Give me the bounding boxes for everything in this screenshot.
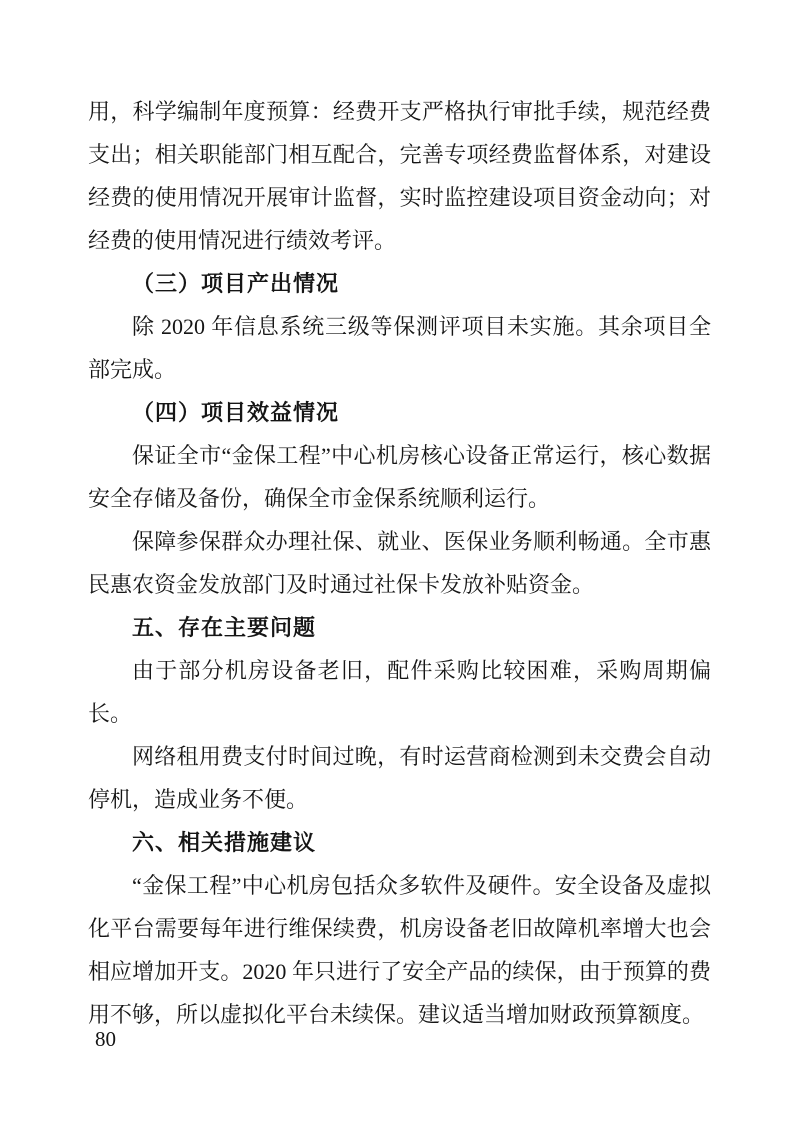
document-body: 用，科学编制年度预算：经费开支严格执行审批手续，规范经费支出；相关职能部门相互配… xyxy=(88,90,711,1036)
paragraph: “金保工程”中心机房包括众多软件及硬件。安全设备及虚拟化平台需要每年进行维保续费… xyxy=(88,864,711,1036)
paragraph: 网络租用费支付时间过晚，有时运营商检测到未交费会自动停机，造成业务不便。 xyxy=(88,735,711,821)
section-heading-project-output: （三）项目产出情况 xyxy=(88,262,711,305)
paragraph: 保证全市“金保工程”中心机房核心设备正常运行，核心数据安全存储及备份，确保全市金… xyxy=(88,434,711,520)
page-number: 80 xyxy=(95,1025,116,1053)
paragraph: 除 2020 年信息系统三级等保测评项目未实施。其余项目全部完成。 xyxy=(88,305,711,391)
paragraph-continued: 用，科学编制年度预算：经费开支严格执行审批手续，规范经费支出；相关职能部门相互配… xyxy=(88,90,711,262)
paragraph: 由于部分机房设备老旧，配件采购比较困难，采购周期偏长。 xyxy=(88,649,711,735)
paragraph: 保障参保群众办理社保、就业、医保业务顺利畅通。全市惠民惠农资金发放部门及时通过社… xyxy=(88,520,711,606)
section-heading-main-problems: 五、存在主要问题 xyxy=(88,606,711,649)
document-page: 用，科学编制年度预算：经费开支严格执行审批手续，规范经费支出；相关职能部门相互配… xyxy=(0,0,793,1122)
section-heading-project-benefit: （四）项目效益情况 xyxy=(88,391,711,434)
section-heading-suggestions: 六、相关措施建议 xyxy=(88,821,711,864)
